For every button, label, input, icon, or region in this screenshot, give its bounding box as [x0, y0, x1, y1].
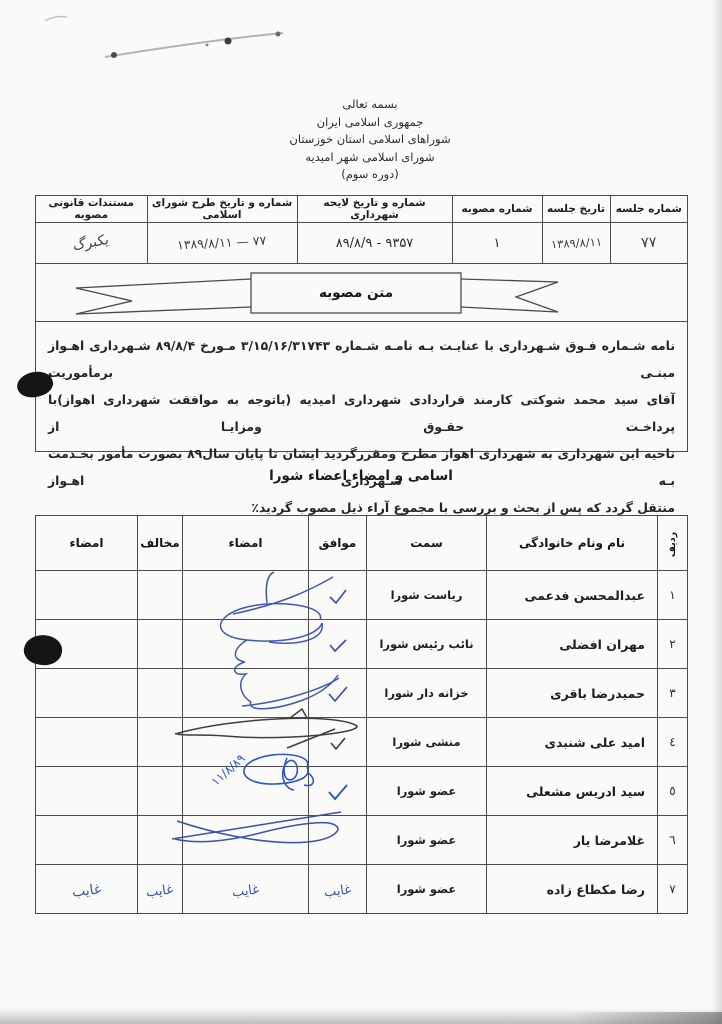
agree-cell [309, 620, 367, 669]
oppose-cell [138, 767, 183, 816]
session-no-label: شماره جلسه [610, 196, 687, 223]
oppose-header: مخالف [138, 516, 183, 571]
signature2-cell [36, 816, 138, 865]
resolution-banner: متن مصوبه [36, 264, 687, 322]
absent-note: غایب [231, 882, 260, 900]
member-position: عضو شورا [367, 767, 487, 816]
session-date-label: تاریخ جلسه [542, 196, 610, 223]
bismillah-line: بسمه تعالی [210, 96, 530, 114]
agree-cell [309, 718, 367, 767]
agree-cell [309, 571, 367, 620]
row-number: ۳ [658, 669, 688, 718]
resolution-line: ناحیه این شهرداری به شهرداری اهواز مطرح … [48, 440, 675, 494]
signature2-cell: غایب [36, 865, 138, 914]
table-row: ٦ غلامرضا یار عضو شورا [36, 816, 688, 865]
resolution-text: نامه شـماره فـوق شـهرداری با عنایـت بـه … [36, 322, 687, 453]
signature2-cell [36, 767, 138, 816]
city-council-line: شورای اسلامی شهر امیدیه [210, 149, 530, 167]
scan-edge-artifact [572, 1012, 722, 1024]
agree-cell: غایب [309, 865, 367, 914]
absent-note: غایب [71, 881, 102, 900]
resolution-line: نامه شـماره فـوق شـهرداری با عنایـت بـه … [48, 332, 675, 386]
session-no-value: ۷۷ [610, 223, 687, 264]
province-councils-line: شوراهای اسلامی استان خوزستان [210, 131, 530, 149]
member-position: خزانه دار شورا [367, 669, 487, 718]
row-number: ٥ [658, 767, 688, 816]
document-page: بسمه تعالی جمهوری اسلامی ایران شوراهای ا… [0, 0, 722, 1024]
resolution-no-label: شماره مصوبه [452, 196, 542, 223]
position-header: سمت [367, 516, 487, 571]
signature2-cell [36, 718, 138, 767]
table-row: ۱ عبدالمحسن فدعمی ریاست شورا [36, 571, 688, 620]
info-value-row: ۷۷ ۱۳۸۹/۸/۱۱ ۱ ۸۹/۸/۹ - ۹۳۵۷ ۱۳۸۹/۸/۱۱ —… [36, 223, 687, 264]
term-line: (دوره سوم) [210, 166, 530, 184]
agree-checkmark-icon [327, 783, 349, 801]
signature-cell [183, 571, 309, 620]
member-name: امید علی شنبدی [487, 718, 658, 767]
info-header-row: شماره جلسه تاریخ جلسه شماره مصوبه شماره … [36, 196, 687, 223]
signature-cell [183, 620, 309, 669]
bill-no-date-value: ۸۹/۸/۹ - ۹۳۵۷ [297, 223, 452, 264]
absent-note: غایب [323, 882, 352, 900]
agree-cell [309, 816, 367, 865]
signature2-cell [36, 571, 138, 620]
row-number: ۲ [658, 620, 688, 669]
table-row: ۷ رضا مکطاع زاده عضو شورا غایب غایب غایب… [36, 865, 688, 914]
signature-header: امضاء [183, 516, 309, 571]
member-name: غلامرضا یار [487, 816, 658, 865]
oppose-cell [138, 669, 183, 718]
country-line: جمهوری اسلامی ایران [210, 114, 530, 132]
name-header: نام ونام خانوادگی [487, 516, 658, 571]
member-position: منشی شورا [367, 718, 487, 767]
members-table: ردیف نام ونام خانوادگی سمت موافق امضاء م… [35, 515, 688, 914]
scan-edge-artifact [712, 0, 722, 1024]
agree-cell [309, 669, 367, 718]
agree-checkmark-icon [327, 685, 349, 703]
pencil-scribble-artifact [15, 5, 315, 75]
section-title: اسامی و امضاء اعضاء شورا [0, 468, 722, 484]
council-plan-label: شماره و تاریخ طرح شورای اسلامی [147, 196, 297, 223]
row-number: ۱ [658, 571, 688, 620]
member-name: سید ادریس مشعلی [487, 767, 658, 816]
bill-no-date-label: شماره و تاریخ لایحه شهرداری [297, 196, 452, 223]
member-position: ریاست شورا [367, 571, 487, 620]
agree-checkmark-icon [328, 637, 348, 654]
row-no-header: ردیف [658, 516, 688, 571]
members-header-row: ردیف نام ونام خانوادگی سمت موافق امضاء م… [36, 516, 688, 571]
oppose-cell [138, 620, 183, 669]
legal-docs-label: مستندات قانونی مصوبه [36, 196, 147, 223]
oppose-cell: غایب [138, 865, 183, 914]
member-position: عضو شورا [367, 816, 487, 865]
agree-checkmark-icon [329, 736, 347, 751]
table-row: ٥ سید ادریس مشعلی عضو شورا [36, 767, 688, 816]
document-box: شماره جلسه تاریخ جلسه شماره مصوبه شماره … [35, 195, 688, 452]
signature-cell [183, 767, 309, 816]
info-table: شماره جلسه تاریخ جلسه شماره مصوبه شماره … [36, 196, 687, 264]
signature2-cell [36, 669, 138, 718]
session-date-value: ۱۳۸۹/۸/۱۱ [542, 223, 610, 264]
member-position: نائب رئیس شورا [367, 620, 487, 669]
table-row: ۳ حمیدرضا باقری خزانه دار شورا [36, 669, 688, 718]
header-block: بسمه تعالی جمهوری اسلامی ایران شوراهای ا… [210, 96, 530, 184]
row-number: ٤ [658, 718, 688, 767]
oppose-cell [138, 816, 183, 865]
signature-cell: غایب [183, 865, 309, 914]
council-plan-value: ۱۳۸۹/۸/۱۱ — ۷۷ [147, 223, 297, 264]
member-position: عضو شورا [367, 865, 487, 914]
legal-docs-value: یکبرگ [36, 223, 147, 264]
member-name: حمیدرضا باقری [487, 669, 658, 718]
table-row: ٤ امید علی شنبدی منشی شورا [36, 718, 688, 767]
banner-title: متن مصوبه [251, 273, 461, 313]
row-number: ۷ [658, 865, 688, 914]
agree-checkmark-icon [328, 588, 348, 605]
agree-header: موافق [309, 516, 367, 571]
signature-cell [183, 816, 309, 865]
absent-note: غایب [146, 882, 175, 900]
member-name: رضا مکطاع زاده [487, 865, 658, 914]
table-row: ۲ مهران افضلی نائب رئیس شورا [36, 620, 688, 669]
oppose-cell [138, 718, 183, 767]
row-number: ٦ [658, 816, 688, 865]
oppose-cell [138, 571, 183, 620]
member-name: مهران افضلی [487, 620, 658, 669]
signature-cell [183, 718, 309, 767]
resolution-line: آقای سید محمد شوکتی کارمند قراردادی شهرد… [48, 386, 675, 440]
resolution-no-value: ۱ [452, 223, 542, 264]
signature2-header: امضاء [36, 516, 138, 571]
member-name: عبدالمحسن فدعمی [487, 571, 658, 620]
signature-cell [183, 669, 309, 718]
agree-cell [309, 767, 367, 816]
